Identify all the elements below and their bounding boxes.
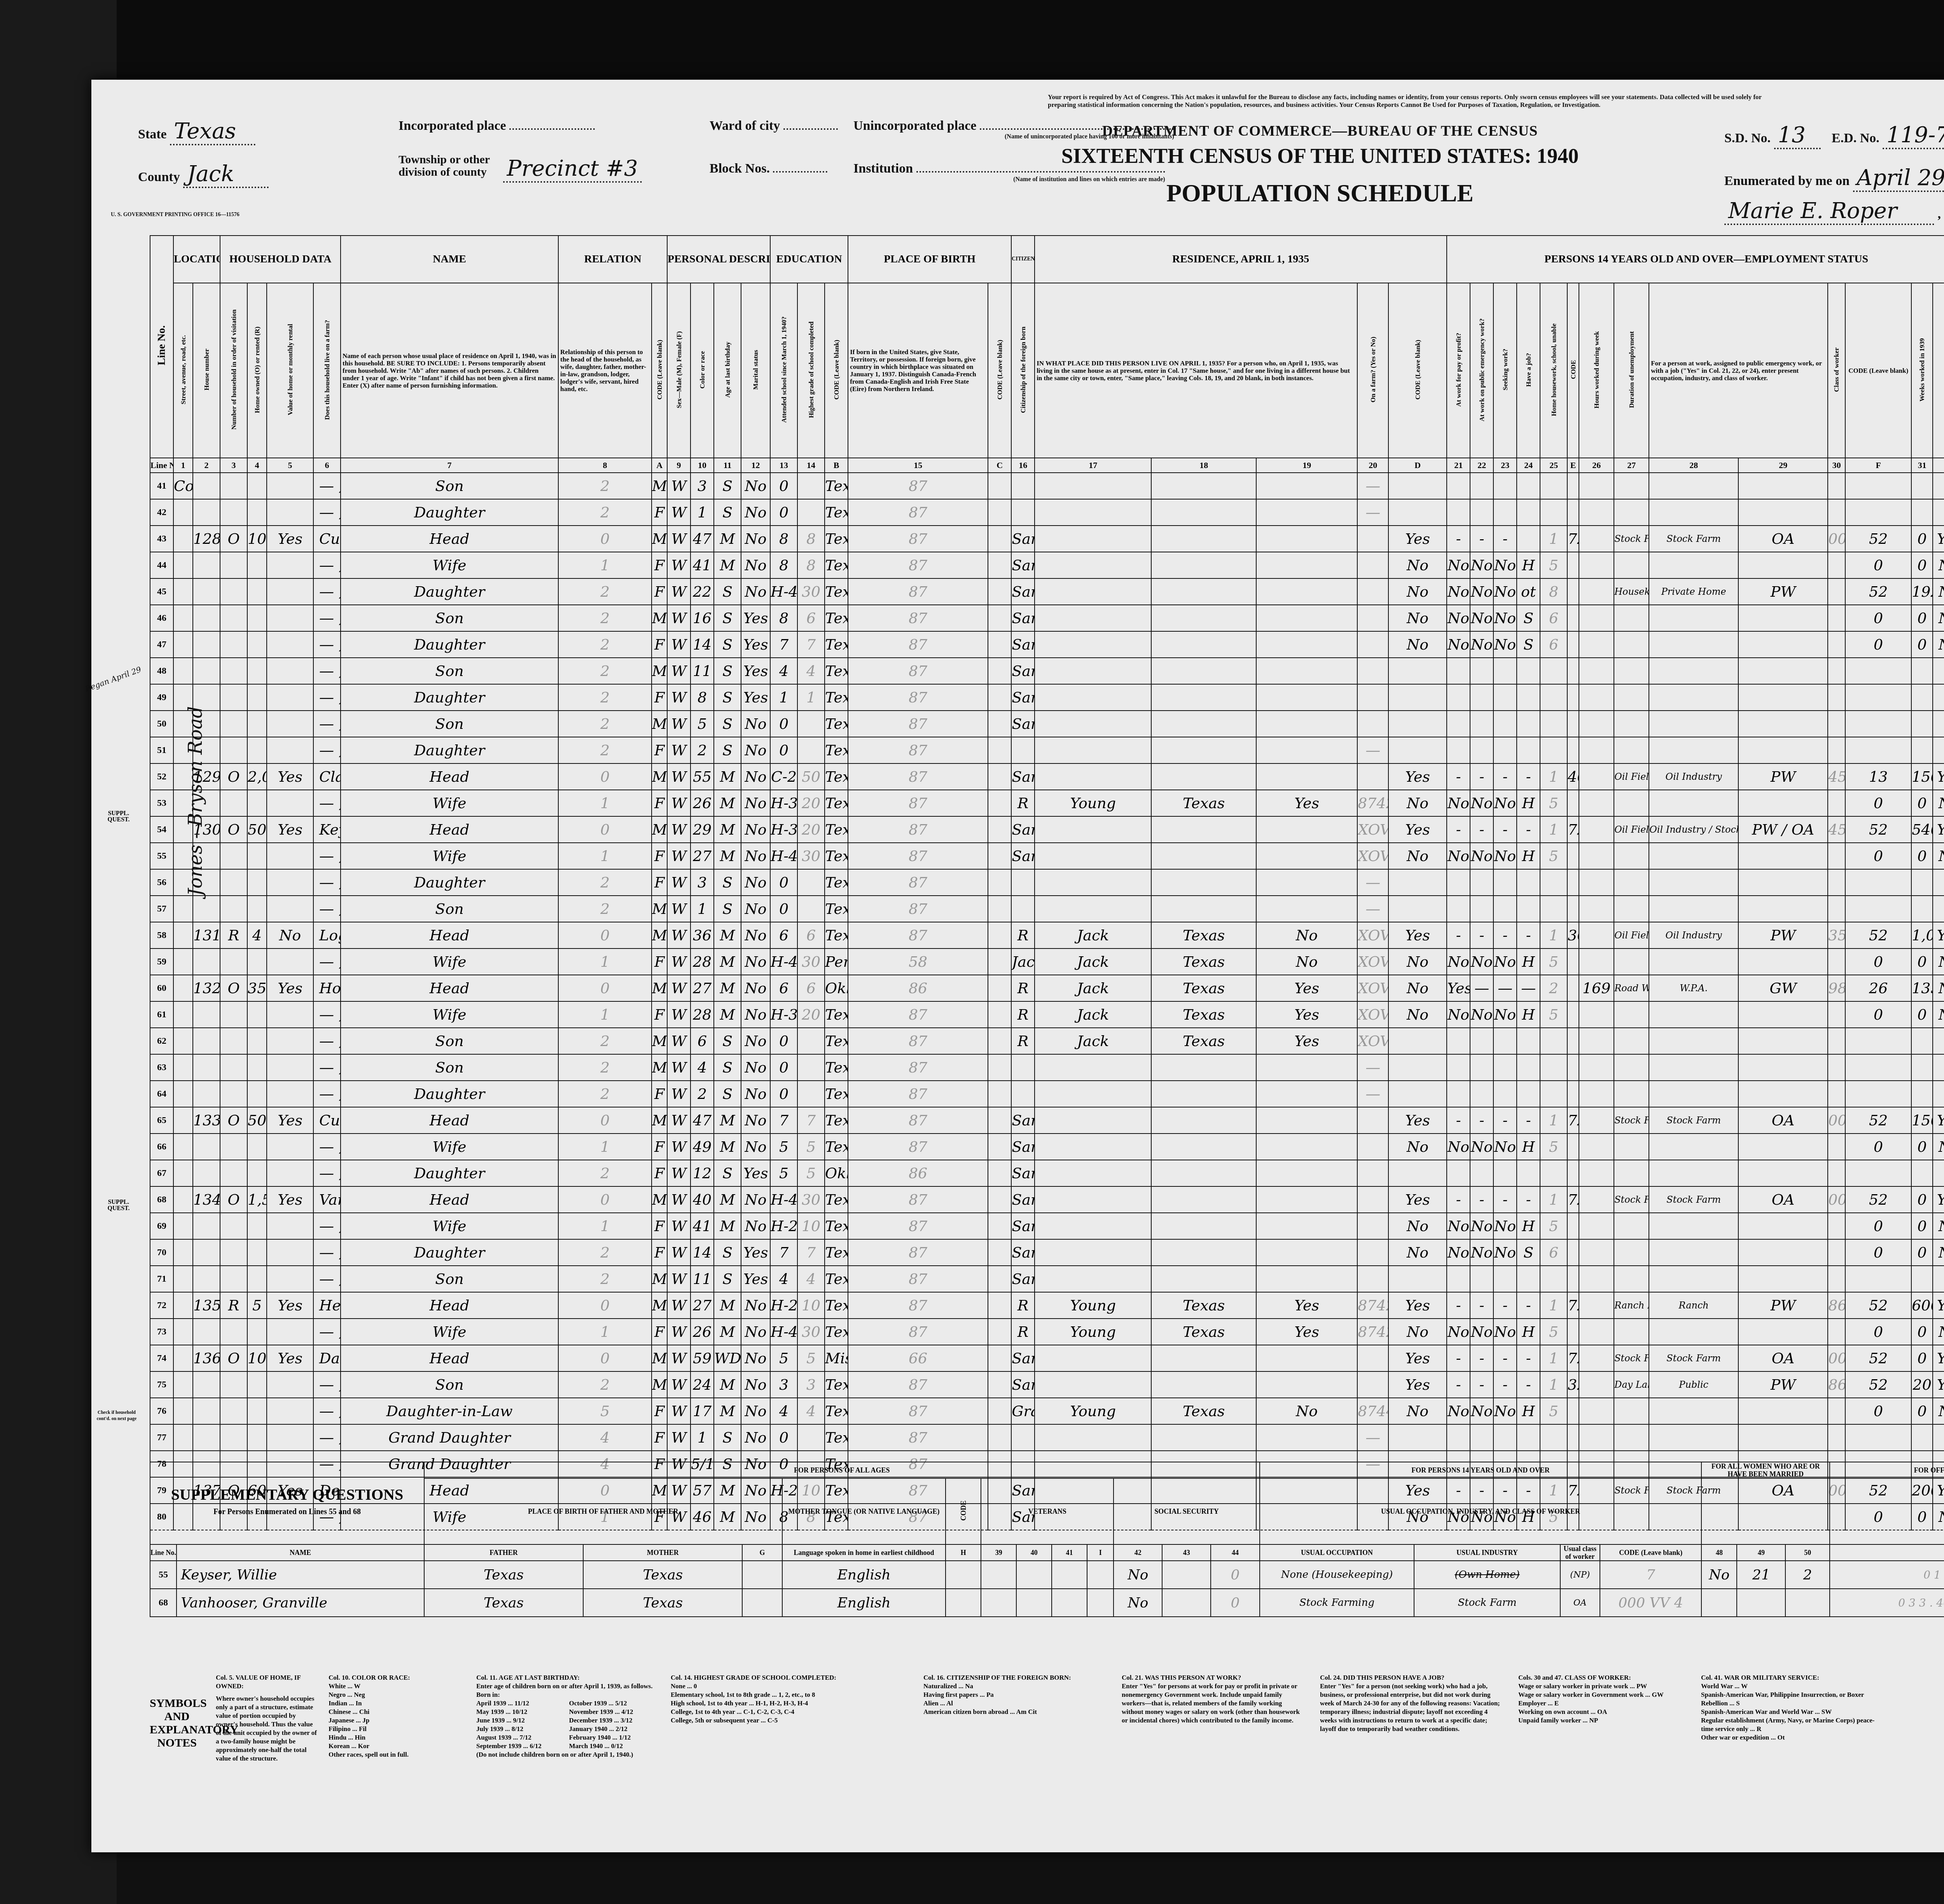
cell-own: O bbox=[220, 1345, 247, 1371]
cell-res19 bbox=[1151, 1186, 1256, 1213]
cell-hh bbox=[193, 1001, 220, 1028]
cell-c27 bbox=[1579, 1266, 1614, 1292]
ed-number-value: 119-7 bbox=[1883, 122, 1944, 149]
cell-occ bbox=[1614, 1134, 1649, 1160]
cell-sex: M bbox=[652, 526, 667, 552]
household-continued-checkbox-label: Check if household cont'd. on next page bbox=[95, 1409, 138, 1422]
cell-c: 87 bbox=[848, 896, 988, 922]
cell-c21: No bbox=[1388, 1398, 1447, 1424]
cell-b: 1 bbox=[797, 684, 825, 711]
cell-c22: - bbox=[1447, 763, 1470, 790]
cell-res17 bbox=[1011, 737, 1035, 763]
note-item: Spanish-American War, Philippine Insurre… bbox=[1701, 1691, 1880, 1708]
cell-relation: Head bbox=[341, 922, 558, 949]
cell-c27 bbox=[1579, 631, 1614, 658]
cell-grade: 4 bbox=[770, 1398, 797, 1424]
cell-c22 bbox=[1447, 499, 1470, 526]
cell-a: 0 bbox=[558, 1107, 652, 1134]
cell-res17: Graham bbox=[1011, 1398, 1035, 1424]
cell-occ: Stock Farming bbox=[1614, 526, 1649, 552]
cell-b: 8 bbox=[797, 552, 825, 578]
women-married-group-header: FOR ALL WOMEN WHO ARE OR HAVE BEEN MARRI… bbox=[1701, 1462, 1830, 1478]
cell-c25 bbox=[1517, 1266, 1540, 1292]
cell-f bbox=[1828, 869, 1845, 896]
cell-school: No bbox=[741, 526, 770, 552]
cell-c21: Yes bbox=[1388, 1345, 1447, 1371]
cell-value: 4 bbox=[247, 922, 267, 949]
cell-c27 bbox=[1579, 499, 1614, 526]
cell-occ bbox=[1614, 1001, 1649, 1028]
cell-marital: S bbox=[714, 605, 741, 631]
cell-c26 bbox=[1567, 869, 1579, 896]
cell-res18 bbox=[1035, 1239, 1151, 1266]
cell-b bbox=[797, 473, 825, 499]
cell-b: 30 bbox=[797, 578, 825, 605]
explanatory-notes: SYMBOLS AND EXPLANATORY NOTES Col. 5. VA… bbox=[150, 1673, 1944, 1798]
cell-c22 bbox=[1447, 473, 1470, 499]
cell-c24: No bbox=[1493, 552, 1517, 578]
cell-own bbox=[220, 684, 247, 711]
cell-school: Yes bbox=[741, 1266, 770, 1292]
census-row: 52129O2,000YesClayton, OscarHead0MW55MNo… bbox=[150, 763, 1944, 790]
cell-marital: S bbox=[714, 658, 741, 684]
cell-ind bbox=[1649, 896, 1738, 922]
cell-c25: — bbox=[1517, 975, 1540, 1001]
cell-hh bbox=[193, 631, 220, 658]
cell-grade: H-4 bbox=[770, 578, 797, 605]
cell-street bbox=[173, 1160, 193, 1186]
cell-line-no: 45 bbox=[150, 578, 173, 605]
cell-birthplace: Texas bbox=[825, 526, 848, 552]
cell-marital: S bbox=[714, 1081, 741, 1107]
cell-c23 bbox=[1470, 737, 1493, 763]
cell-c25 bbox=[1517, 473, 1540, 499]
cell-farm bbox=[267, 499, 313, 526]
cell-c27 bbox=[1579, 1001, 1614, 1028]
cell-e: 2 bbox=[1540, 975, 1567, 1001]
cell-res20 bbox=[1256, 1186, 1357, 1213]
cell-c24: - bbox=[1493, 763, 1517, 790]
cell-c23 bbox=[1470, 869, 1493, 896]
cell-farm bbox=[267, 869, 313, 896]
cell-res17 bbox=[1011, 473, 1035, 499]
cell-c27 bbox=[1579, 1160, 1614, 1186]
cell-d bbox=[1357, 763, 1388, 790]
cell-race: W bbox=[667, 896, 691, 922]
cell-c21: Yes bbox=[1388, 526, 1447, 552]
cell-res18: Young bbox=[1035, 1398, 1151, 1424]
cell-race: W bbox=[667, 499, 691, 526]
cell-c23: No bbox=[1470, 1213, 1493, 1239]
cell-sex: F bbox=[652, 1319, 667, 1345]
cell-b: 4 bbox=[797, 1266, 825, 1292]
cell-hh bbox=[193, 1371, 220, 1398]
cell-farm: Yes bbox=[267, 975, 313, 1001]
cell-b bbox=[797, 1028, 825, 1054]
cell-res17 bbox=[1011, 1081, 1035, 1107]
cell-wages: 0 bbox=[1911, 843, 1933, 869]
cell-school: No bbox=[741, 578, 770, 605]
cell-marital: S bbox=[714, 631, 741, 658]
cell-street bbox=[173, 499, 193, 526]
cell-cls bbox=[1738, 1424, 1828, 1451]
cell-other: No bbox=[1933, 1239, 1944, 1266]
cell-value bbox=[247, 631, 267, 658]
cell-res19: Texas bbox=[1151, 975, 1256, 1001]
cell-age: 24 bbox=[691, 1371, 714, 1398]
cell-street bbox=[173, 1028, 193, 1054]
cell-res18 bbox=[1035, 1054, 1151, 1081]
cell-grade: 8 bbox=[770, 526, 797, 552]
cell-value: 100 bbox=[247, 526, 267, 552]
cell-wages bbox=[1911, 896, 1933, 922]
suppl-quest-tag-68: SUPPL. QUEST. bbox=[99, 1199, 138, 1212]
cell-relation: Daughter bbox=[341, 578, 558, 605]
cell-wages: 0 bbox=[1911, 631, 1933, 658]
cell-age: 5 bbox=[691, 711, 714, 737]
cell-grade: 7 bbox=[770, 1239, 797, 1266]
township-field: Township or other division of county Pre… bbox=[399, 154, 647, 183]
county-value: Jack bbox=[183, 161, 269, 188]
cell-b: 20 bbox=[797, 790, 825, 816]
cell-d bbox=[1357, 658, 1388, 684]
cell-grade: 6 bbox=[770, 975, 797, 1001]
cell-res19 bbox=[1151, 1107, 1256, 1134]
cell-c21: Yes bbox=[1388, 1107, 1447, 1134]
cell-relation: Wife bbox=[341, 1001, 558, 1028]
note-item: Wage or salary worker in private work ..… bbox=[1518, 1682, 1682, 1691]
note-item: September 1939 ... 6/12 bbox=[476, 1742, 563, 1750]
cell-cls bbox=[1738, 949, 1828, 975]
cell-other: No bbox=[1933, 631, 1944, 658]
cell-e: 5 bbox=[1540, 1319, 1567, 1345]
cell-line-no: 73 bbox=[150, 1319, 173, 1345]
cell-c: 87 bbox=[848, 1266, 988, 1292]
cell-res17: R bbox=[1011, 1292, 1035, 1319]
cell-hh bbox=[193, 896, 220, 922]
cell-res20 bbox=[1256, 869, 1357, 896]
cell-res20: No bbox=[1256, 949, 1357, 975]
cell-e: 6 bbox=[1540, 631, 1567, 658]
cell-c: 87 bbox=[848, 1001, 988, 1028]
cell-res19 bbox=[1151, 658, 1256, 684]
cell-f bbox=[1828, 1213, 1845, 1239]
cell-birthplace: Oklahoma bbox=[825, 975, 848, 1001]
cell-res20 bbox=[1256, 816, 1357, 843]
cell-c26: 32 bbox=[1567, 1371, 1579, 1398]
cell-c22: - bbox=[1447, 1371, 1470, 1398]
cell-c25: H bbox=[1517, 1398, 1540, 1424]
cell-sex: M bbox=[652, 975, 667, 1001]
cell-school: Yes bbox=[741, 1160, 770, 1186]
cell-race: W bbox=[667, 1186, 691, 1213]
cell-own bbox=[220, 1028, 247, 1054]
cell-a: 1 bbox=[558, 949, 652, 975]
cell-res18 bbox=[1035, 473, 1151, 499]
cell-c24: - bbox=[1493, 816, 1517, 843]
cell-b: 4 bbox=[797, 658, 825, 684]
cell-c24: — bbox=[1493, 975, 1517, 1001]
census-row: 71— , JoySon2MW11SYes44Texas87Same House… bbox=[150, 1266, 1944, 1292]
cell-cit bbox=[988, 1054, 1011, 1081]
cell-sex: M bbox=[652, 658, 667, 684]
cell-sex: M bbox=[652, 1054, 667, 1081]
cell-c23 bbox=[1470, 1266, 1493, 1292]
cell-line-no: 56 bbox=[150, 869, 173, 896]
cell-f bbox=[1828, 1239, 1845, 1266]
note-item: November 1939 ... 4/12 bbox=[569, 1708, 656, 1716]
cell-school: No bbox=[741, 896, 770, 922]
cell-c22: - bbox=[1447, 1345, 1470, 1371]
cell-cit bbox=[988, 1160, 1011, 1186]
cell-marital: S bbox=[714, 684, 741, 711]
cell-name: — , Dixie D. bbox=[313, 869, 341, 896]
cell-c: 87 bbox=[848, 499, 988, 526]
cell-school: Yes bbox=[741, 1239, 770, 1266]
cell-own: R bbox=[220, 1292, 247, 1319]
cell-res17: Same Place bbox=[1011, 816, 1035, 843]
cell-relation: Son bbox=[341, 711, 558, 737]
note-col14: Col. 14. HIGHEST GRADE OF SCHOOL COMPLET… bbox=[671, 1673, 904, 1725]
cell-street bbox=[173, 1054, 193, 1081]
cell-f bbox=[1828, 605, 1845, 631]
cell-farm: Yes bbox=[267, 763, 313, 790]
cell-cit bbox=[988, 763, 1011, 790]
cell-cls bbox=[1738, 1266, 1828, 1292]
cell-value bbox=[247, 896, 267, 922]
cell-res20 bbox=[1256, 631, 1357, 658]
cell-c27 bbox=[1579, 1239, 1614, 1266]
cell-name: — , Mary Nell bbox=[313, 499, 341, 526]
cell-birthplace: Texas bbox=[825, 1081, 848, 1107]
cell-race: W bbox=[667, 763, 691, 790]
cell-name: — , Evert B. bbox=[313, 1371, 341, 1398]
cell-other: Yes bbox=[1933, 922, 1944, 949]
cell-hh bbox=[193, 499, 220, 526]
cell-res19: Texas bbox=[1151, 790, 1256, 816]
cell-res20: Yes bbox=[1256, 1319, 1357, 1345]
cell-other: No bbox=[1933, 1319, 1944, 1345]
name-instructions: Name of each person whose usual place of… bbox=[341, 283, 558, 458]
cell-wages: 0 bbox=[1911, 790, 1933, 816]
cell-c24 bbox=[1493, 737, 1517, 763]
cell-race: W bbox=[667, 1345, 691, 1371]
cell-b: 30 bbox=[797, 1186, 825, 1213]
cell-other bbox=[1933, 499, 1944, 526]
cell-res20 bbox=[1256, 578, 1357, 605]
personal-group-header: PERSONAL DESCRIPTION bbox=[667, 236, 770, 283]
cell-relation: Son bbox=[341, 658, 558, 684]
cell-value: 500 bbox=[247, 816, 267, 843]
cell-other bbox=[1933, 869, 1944, 896]
cell-c22: No bbox=[1447, 1001, 1470, 1028]
cell-e bbox=[1540, 1424, 1567, 1451]
cell-own bbox=[220, 1213, 247, 1239]
note-item: Filipino ... Fil bbox=[329, 1725, 461, 1733]
cell-cls bbox=[1738, 711, 1828, 737]
cell-cit bbox=[988, 1186, 1011, 1213]
census-row: 77— , Ira LorineGrand Daughter4FW1SNo0Te… bbox=[150, 1424, 1944, 1451]
cell-race: W bbox=[667, 1001, 691, 1028]
cell-street bbox=[173, 975, 193, 1001]
cell-c25 bbox=[1517, 1424, 1540, 1451]
cell-b: 7 bbox=[797, 1107, 825, 1134]
cell-c25: H bbox=[1517, 1213, 1540, 1239]
cell-res19 bbox=[1151, 763, 1256, 790]
cell-d bbox=[1357, 1371, 1388, 1398]
cell-res20 bbox=[1256, 1134, 1357, 1160]
cell-d: — bbox=[1357, 1424, 1388, 1451]
cell-birthplace: Texas bbox=[825, 684, 848, 711]
cell-farm bbox=[267, 1266, 313, 1292]
cell-c21: Yes bbox=[1388, 922, 1447, 949]
cell-race: W bbox=[667, 1319, 691, 1345]
note-item: May 1939 ... 10/12 bbox=[476, 1708, 563, 1716]
cell-street bbox=[173, 578, 193, 605]
cell-res19 bbox=[1151, 473, 1256, 499]
cell-res20: Yes bbox=[1256, 1028, 1357, 1054]
cell-ind: Oil Industry / Stock Farm bbox=[1649, 816, 1738, 843]
cell-relation: Wife bbox=[341, 843, 558, 869]
cell-res20: No bbox=[1256, 922, 1357, 949]
census-row: 74136O100YesDavis, Mack Houston (X)Head0… bbox=[150, 1345, 1944, 1371]
cell-own bbox=[220, 1160, 247, 1186]
cell-e: 1 bbox=[1540, 1186, 1567, 1213]
note-item: Regular establishment (Army, Navy, or Ma… bbox=[1701, 1716, 1880, 1733]
cell-a: 1 bbox=[558, 843, 652, 869]
ward-field: Ward of city bbox=[710, 119, 838, 133]
cell-street bbox=[173, 1398, 193, 1424]
cell-c27 bbox=[1579, 526, 1614, 552]
cell-race: W bbox=[667, 1028, 691, 1054]
note-item: Other war or expedition ... Ot bbox=[1701, 1733, 1880, 1742]
cell-res20 bbox=[1256, 1345, 1357, 1371]
cell-grade: 0 bbox=[770, 711, 797, 737]
cell-sex: F bbox=[652, 1398, 667, 1424]
cell-age: 1 bbox=[691, 1424, 714, 1451]
cell-b: 10 bbox=[797, 1292, 825, 1319]
cell-grade: 0 bbox=[770, 499, 797, 526]
cell-res18 bbox=[1035, 499, 1151, 526]
census-row: 67— , LizzieDaughter2FW12SYes55Oklahoma8… bbox=[150, 1160, 1944, 1186]
cell-age: 16 bbox=[691, 605, 714, 631]
note-item: Chinese ... Chi bbox=[329, 1708, 461, 1716]
census-row: 70— , Nomi G.Daughter2FW14SYes77Texas87S… bbox=[150, 1239, 1944, 1266]
cell-c27 bbox=[1579, 1054, 1614, 1081]
cell-c22: No bbox=[1447, 843, 1470, 869]
supp-name: Keyser, Willie bbox=[177, 1561, 424, 1589]
census-row: 73— , IlaWife1FW26MNoH-430Texas87RYoungT… bbox=[150, 1319, 1944, 1345]
cell-b: 50 bbox=[797, 763, 825, 790]
cell-line-no: 57 bbox=[150, 896, 173, 922]
cell-own bbox=[220, 1134, 247, 1160]
cell-c25 bbox=[1517, 1028, 1540, 1054]
cell-c22: No bbox=[1447, 605, 1470, 631]
cell-sex: F bbox=[652, 1160, 667, 1186]
cell-res19 bbox=[1151, 1054, 1256, 1081]
cell-res19: Texas bbox=[1151, 922, 1256, 949]
cell-grade: 5 bbox=[770, 1160, 797, 1186]
cell-f: 000 VV 4 bbox=[1828, 1186, 1845, 1213]
cell-c23 bbox=[1470, 684, 1493, 711]
cell-name: — , Ira Lorine bbox=[313, 1424, 341, 1451]
cell-c23: No bbox=[1470, 790, 1493, 816]
cell-c23 bbox=[1470, 499, 1493, 526]
cell-street bbox=[173, 896, 193, 922]
census-row: 50— , JamesSon2MW5SNo0Texas87Same House5… bbox=[150, 711, 1944, 737]
cell-res18 bbox=[1035, 1371, 1151, 1398]
cell-res19 bbox=[1151, 1424, 1256, 1451]
cell-name: — , Alma bbox=[313, 631, 341, 658]
cell-wks: 52 bbox=[1845, 526, 1911, 552]
cell-grade: 5 bbox=[770, 1134, 797, 1160]
cell-c26: 30 bbox=[1567, 922, 1579, 949]
note-item: August 1939 ... 7/12 bbox=[476, 1733, 563, 1742]
cell-cit bbox=[988, 526, 1011, 552]
cell-name: Helton, Estel (X) bbox=[313, 1292, 341, 1319]
cell-a: 1 bbox=[558, 1213, 652, 1239]
cell-ind: Ranch bbox=[1649, 1292, 1738, 1319]
cell-wages: 0 bbox=[1911, 1398, 1933, 1424]
cell-a: 2 bbox=[558, 1371, 652, 1398]
cell-other bbox=[1933, 1160, 1944, 1186]
cell-b bbox=[797, 499, 825, 526]
cell-d: XOV2 bbox=[1357, 975, 1388, 1001]
cell-res17: Same House bbox=[1011, 1239, 1035, 1266]
cell-grade: 7 bbox=[770, 1107, 797, 1134]
cell-street bbox=[173, 949, 193, 975]
cell-f bbox=[1828, 658, 1845, 684]
cell-wks: 52 bbox=[1845, 1371, 1911, 1398]
cell-line-no: 71 bbox=[150, 1266, 173, 1292]
cell-race: W bbox=[667, 1081, 691, 1107]
cell-f bbox=[1828, 711, 1845, 737]
cell-relation: Wife bbox=[341, 552, 558, 578]
cell-res18 bbox=[1035, 843, 1151, 869]
cell-c21: No bbox=[1388, 1319, 1447, 1345]
cell-value bbox=[247, 869, 267, 896]
cell-hh bbox=[193, 1134, 220, 1160]
cell-relation: Daughter bbox=[341, 1160, 558, 1186]
cell-res18 bbox=[1035, 631, 1151, 658]
cell-relation: Wife bbox=[341, 1213, 558, 1239]
cell-age: 2 bbox=[691, 1081, 714, 1107]
cell-c23: No bbox=[1470, 1398, 1493, 1424]
cell-value: 5 bbox=[247, 1292, 267, 1319]
cell-age: 49 bbox=[691, 1134, 714, 1160]
supplementary-table: SUPPLEMENTARY QUESTIONS For Persons Enum… bbox=[150, 1462, 1944, 1617]
cell-c23 bbox=[1470, 473, 1493, 499]
note-item: World War ... W bbox=[1701, 1682, 1880, 1691]
cell-race: W bbox=[667, 1213, 691, 1239]
cell-c26 bbox=[1567, 499, 1579, 526]
cell-ind: W.P.A. bbox=[1649, 975, 1738, 1001]
cell-age: 11 bbox=[691, 1266, 714, 1292]
cell-sex: F bbox=[652, 684, 667, 711]
cell-c22: No bbox=[1447, 578, 1470, 605]
cell-c26 bbox=[1567, 1319, 1579, 1345]
cell-f bbox=[1828, 552, 1845, 578]
cell-wages: 0 bbox=[1911, 1134, 1933, 1160]
cell-e: 1 bbox=[1540, 922, 1567, 949]
cell-d: XOV2 bbox=[1357, 1001, 1388, 1028]
cell-wks bbox=[1845, 658, 1911, 684]
cell-ind bbox=[1649, 869, 1738, 896]
cell-d bbox=[1357, 631, 1388, 658]
cell-age: 1 bbox=[691, 499, 714, 526]
cell-school: No bbox=[741, 1186, 770, 1213]
cell-occ: Day Labor bbox=[1614, 1371, 1649, 1398]
